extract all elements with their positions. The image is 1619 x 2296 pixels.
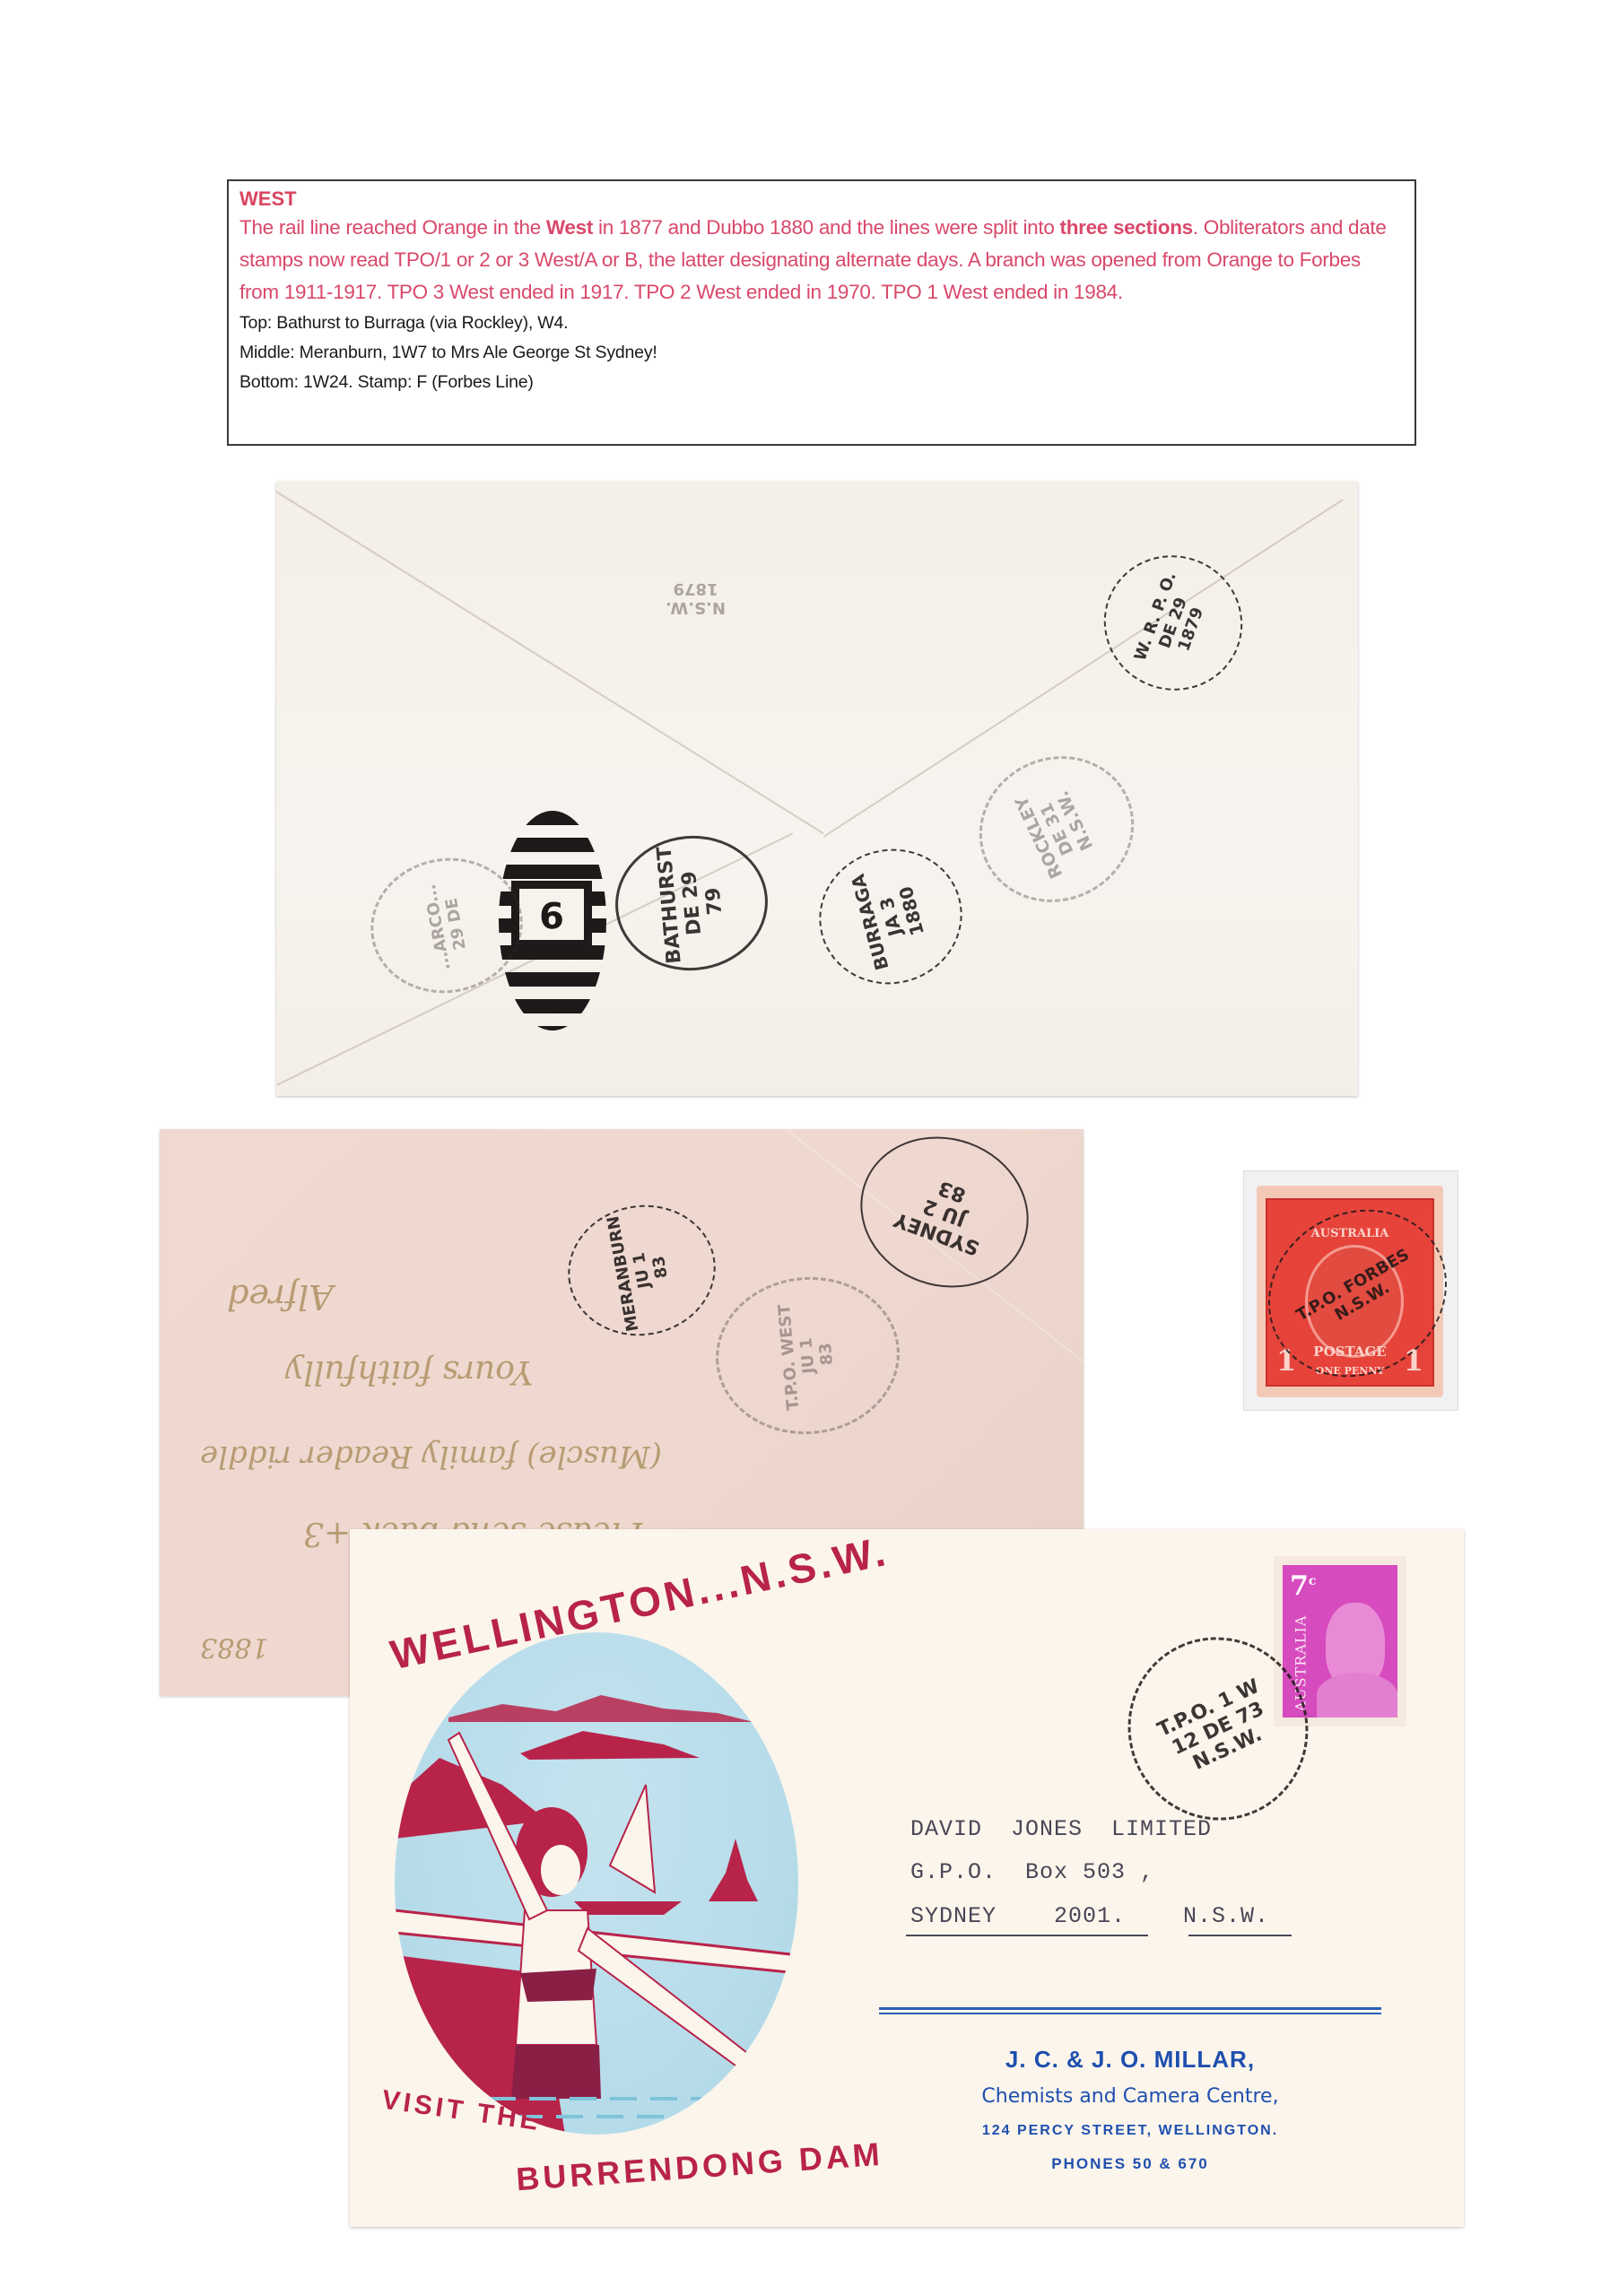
postmark-burraga: BURRAGA JA 3 1880 bbox=[804, 833, 977, 1000]
postmark-text: N.S.W. bbox=[666, 598, 726, 617]
handwriting-line: Yours faithfully bbox=[285, 1353, 533, 1390]
sender-name: J. C. & J. O. MILLAR, bbox=[879, 2046, 1381, 2074]
obliterator-number: 9 bbox=[511, 881, 592, 948]
lake-scene-art bbox=[395, 1632, 798, 2135]
handwriting-date: 1883 bbox=[200, 1631, 268, 1663]
sender-street: 124 PERCY STREET, WELLINGTON. bbox=[879, 2123, 1381, 2139]
postmark-text: 83 bbox=[816, 1342, 837, 1366]
note-middle: Middle: Meranburn, 1W7 to Mrs Ale George… bbox=[239, 338, 1404, 368]
stamp-mount: AUSTRALIA POSTAGE ONE PENNY 1 1 T.P.O. F… bbox=[1243, 1170, 1458, 1411]
bottom-cover: WELLINGTON...N.S.W. VISIT THE BURRENDONG… bbox=[350, 1529, 1464, 2227]
postmark-faint-top: N.S.W. 1879 bbox=[635, 531, 756, 665]
kgv-one-penny-stamp: AUSTRALIA POSTAGE ONE PENNY 1 1 T.P.O. F… bbox=[1257, 1186, 1443, 1397]
paragraph-text: in 1877 and Dubbo 1880 and the lines wer… bbox=[593, 216, 1059, 239]
postmark-rockley: ROCKLEY DE 31 N.S.W. bbox=[955, 731, 1158, 927]
sender-tagline: Chemists and Camera Centre, bbox=[879, 2085, 1381, 2108]
handwriting-signature: Alfred bbox=[227, 1277, 334, 1317]
postmark-tpo-1w7: T.P.O. WEST JU 1 83 bbox=[709, 1269, 906, 1441]
burrendong-dam-illustration bbox=[395, 1632, 798, 2135]
paragraph-text: The rail line reached Orange in the bbox=[239, 216, 546, 239]
postmark-text: JU 1 bbox=[796, 1337, 818, 1375]
postmark-sydney: SYDNEY JU 2 83 bbox=[840, 1129, 1050, 1311]
flap-fold-line bbox=[276, 491, 824, 834]
history-paragraph: The rail line reached Orange in the West… bbox=[239, 212, 1404, 309]
paragraph-bold: West bbox=[546, 216, 593, 239]
stamp-value: 7c bbox=[1290, 1570, 1316, 1602]
paragraph-bold: three sections bbox=[1060, 216, 1193, 239]
address-line-1: DAVID JONES LIMITED bbox=[910, 1816, 1212, 1842]
handwriting-line: (Muscle) family Reader riddle bbox=[200, 1439, 662, 1474]
section-heading: WEST bbox=[239, 187, 1404, 212]
sender-phones: PHONES 50 & 670 bbox=[879, 2155, 1381, 2173]
postmark-bathurst: BATHURST DE 29 79 bbox=[610, 830, 773, 977]
address-underline bbox=[1188, 1935, 1292, 1936]
postmark-text: 1879 bbox=[673, 579, 718, 598]
note-bottom: Bottom: 1W24. Stamp: F (Forbes Line) bbox=[239, 368, 1404, 397]
queen-shoulders bbox=[1317, 1673, 1397, 1718]
address-line-3: SYDNEY 2001. N.S.W. bbox=[910, 1903, 1269, 1929]
postmark-text: 79 bbox=[701, 886, 727, 916]
description-box: WEST The rail line reached Orange in the… bbox=[227, 179, 1416, 446]
illustration-tagline-2: BURRENDONG DAM bbox=[515, 2135, 884, 2198]
postmark-text: 83 bbox=[649, 1255, 672, 1280]
address-line-2: G.P.O. Box 503 , bbox=[910, 1859, 1154, 1885]
imprint-rule bbox=[879, 2013, 1381, 2014]
top-envelope: 9 BATHURST DE 29 79 BURRAGA JA 3 1880 RO… bbox=[276, 482, 1358, 1096]
note-top: Top: Bathurst to Burraga (via Rockley), … bbox=[239, 309, 1404, 338]
postmark-meranburn: MERANBURN JU 1 83 bbox=[558, 1194, 727, 1347]
postmark-text: DE 29 bbox=[677, 870, 705, 935]
postmark-tpo-west: W. R. P. O. DE 29 1879 bbox=[1085, 536, 1262, 710]
stamp-value-number: 7 bbox=[1290, 1570, 1309, 1602]
address-underline bbox=[906, 1935, 1148, 1936]
postmark-text: T.P.O. FORBES N.S.W. bbox=[1270, 1232, 1445, 1355]
stamp-value-unit: c bbox=[1309, 1574, 1317, 1588]
imprint-rule bbox=[879, 2007, 1381, 2010]
